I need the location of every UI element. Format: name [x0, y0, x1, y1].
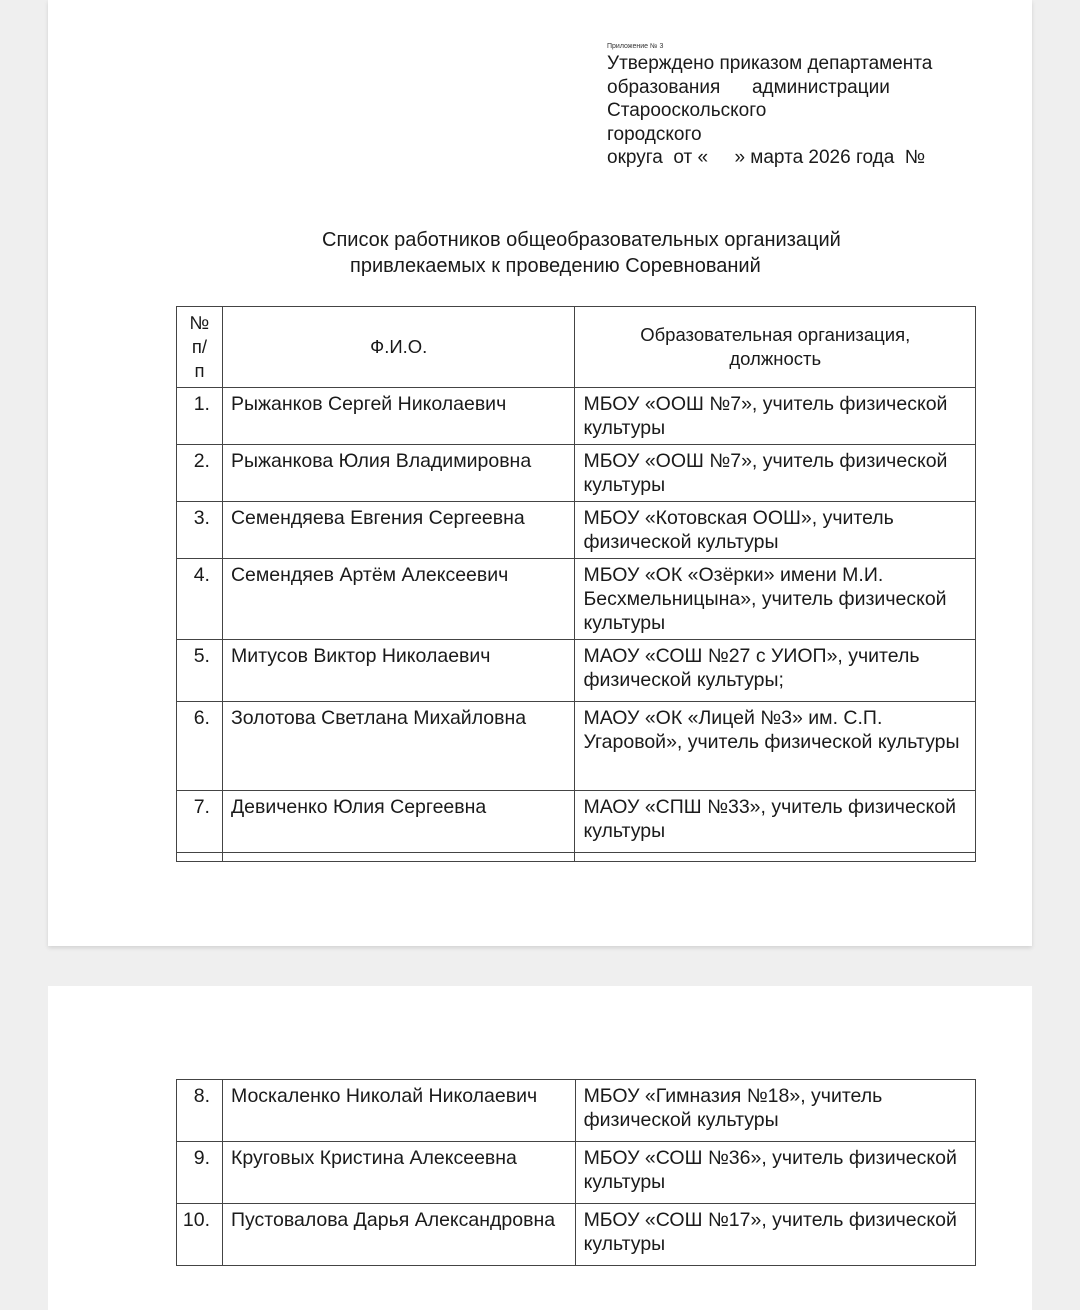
row-name: Золотова Светлана Михайловна: [222, 702, 575, 791]
header-text: должность: [583, 347, 967, 371]
table-row: 2. Рыжанкова Юлия Владимировна МБОУ «ООШ…: [177, 445, 976, 502]
column-header-name: Ф.И.О.: [222, 307, 575, 388]
staff-table-continued: 8. Москаленко Николай Николаевич МБОУ «Г…: [176, 1079, 976, 1266]
document-page-1: Приложение № 3 Утверждено приказом депар…: [48, 0, 1032, 946]
table-row: 10. Пустовалова Дарья Александровна МБОУ…: [177, 1204, 976, 1266]
row-name: Пустовалова Дарья Александровна: [222, 1204, 575, 1266]
document-title: Список работников общеобразовательных ор…: [288, 227, 868, 279]
row-number: 3.: [177, 502, 223, 559]
title-line-2: привлекаемых к проведению Соревнований: [288, 253, 868, 279]
row-name: Девиченко Юлия Сергеевна: [222, 791, 575, 853]
row-organization: МАОУ «СОШ №27 с УИОП», учитель физическо…: [575, 640, 976, 702]
row-name: Митусов Виктор Николаевич: [222, 640, 575, 702]
table-row: 8. Москаленко Николай Николаевич МБОУ «Г…: [177, 1080, 976, 1142]
row-organization: МАОУ «СПШ №33», учитель физической культ…: [575, 791, 976, 853]
row-organization: МБОУ «Гимназия №18», учитель физической …: [575, 1080, 975, 1142]
row-name: Москаленко Николай Николаевич: [222, 1080, 575, 1142]
table-row: 3. Семендяева Евгения Сергеевна МБОУ «Ко…: [177, 502, 976, 559]
row-organization: МБОУ «СОШ №17», учитель физической культ…: [575, 1204, 975, 1266]
staff-table: № п/ п Ф.И.О. Образовательная организаци…: [176, 306, 976, 862]
row-number: 7.: [177, 791, 223, 853]
appendix-label: Приложение № 3: [607, 43, 663, 50]
header-text: п/: [179, 335, 220, 359]
table-row: 7. Девиченко Юлия Сергеевна МАОУ «СПШ №3…: [177, 791, 976, 853]
approval-line: городского: [607, 123, 967, 147]
empty-cell: [177, 853, 223, 862]
table-row: 4. Семендяев Артём Алексеевич МБОУ «ОК «…: [177, 559, 976, 640]
title-line-1: Список работников общеобразовательных ор…: [288, 227, 868, 253]
row-name: Семендяев Артём Алексеевич: [222, 559, 575, 640]
row-number: 5.: [177, 640, 223, 702]
column-header-organization: Образовательная организация, должность: [575, 307, 976, 388]
row-number: 8.: [177, 1080, 223, 1142]
row-organization: МБОУ «Котовская ООШ», учитель физической…: [575, 502, 976, 559]
document-page-2: 8. Москаленко Николай Николаевич МБОУ «Г…: [48, 986, 1032, 1310]
table-row: 6. Золотова Светлана Михайловна МАОУ «ОК…: [177, 702, 976, 791]
table-row: 5. Митусов Виктор Николаевич МАОУ «СОШ №…: [177, 640, 976, 702]
table-row-empty: [177, 853, 976, 862]
row-organization: МАОУ «ОК «Лицей №3» им. С.П. Угаровой», …: [575, 702, 976, 791]
row-name: Круговых Кристина Алексеевна: [222, 1142, 575, 1204]
row-number: 9.: [177, 1142, 223, 1204]
header-text: №: [179, 311, 220, 335]
row-organization: МБОУ «ООШ №7», учитель физической культу…: [575, 445, 976, 502]
row-name: Рыжанкова Юлия Владимировна: [222, 445, 575, 502]
row-organization: МБОУ «ООШ №7», учитель физической культу…: [575, 388, 976, 445]
approval-line: Старооскольского: [607, 99, 967, 123]
row-number: 10.: [177, 1204, 223, 1266]
table-row: 9. Круговых Кристина Алексеевна МБОУ «СО…: [177, 1142, 976, 1204]
empty-cell: [575, 853, 976, 862]
header-text: Образовательная организация,: [583, 323, 967, 347]
table-row: 1. Рыжанков Сергей Николаевич МБОУ «ООШ …: [177, 388, 976, 445]
row-number: 2.: [177, 445, 223, 502]
row-organization: МБОУ «ОК «Озёрки» имени М.И. Бесхмельниц…: [575, 559, 976, 640]
header-text: п: [179, 359, 220, 383]
approval-line: округа от « » марта 2026 года №: [607, 146, 967, 170]
row-name: Семендяева Евгения Сергеевна: [222, 502, 575, 559]
row-name: Рыжанков Сергей Николаевич: [222, 388, 575, 445]
empty-cell: [222, 853, 575, 862]
row-number: 1.: [177, 388, 223, 445]
approval-line: образования администрации: [607, 76, 967, 100]
column-header-number: № п/ п: [177, 307, 223, 388]
approval-block: Утверждено приказом департамента образов…: [607, 52, 967, 170]
row-organization: МБОУ «СОШ №36», учитель физической культ…: [575, 1142, 975, 1204]
row-number: 6.: [177, 702, 223, 791]
approval-line: Утверждено приказом департамента: [607, 52, 967, 76]
table-header-row: № п/ п Ф.И.О. Образовательная организаци…: [177, 307, 976, 388]
row-number: 4.: [177, 559, 223, 640]
